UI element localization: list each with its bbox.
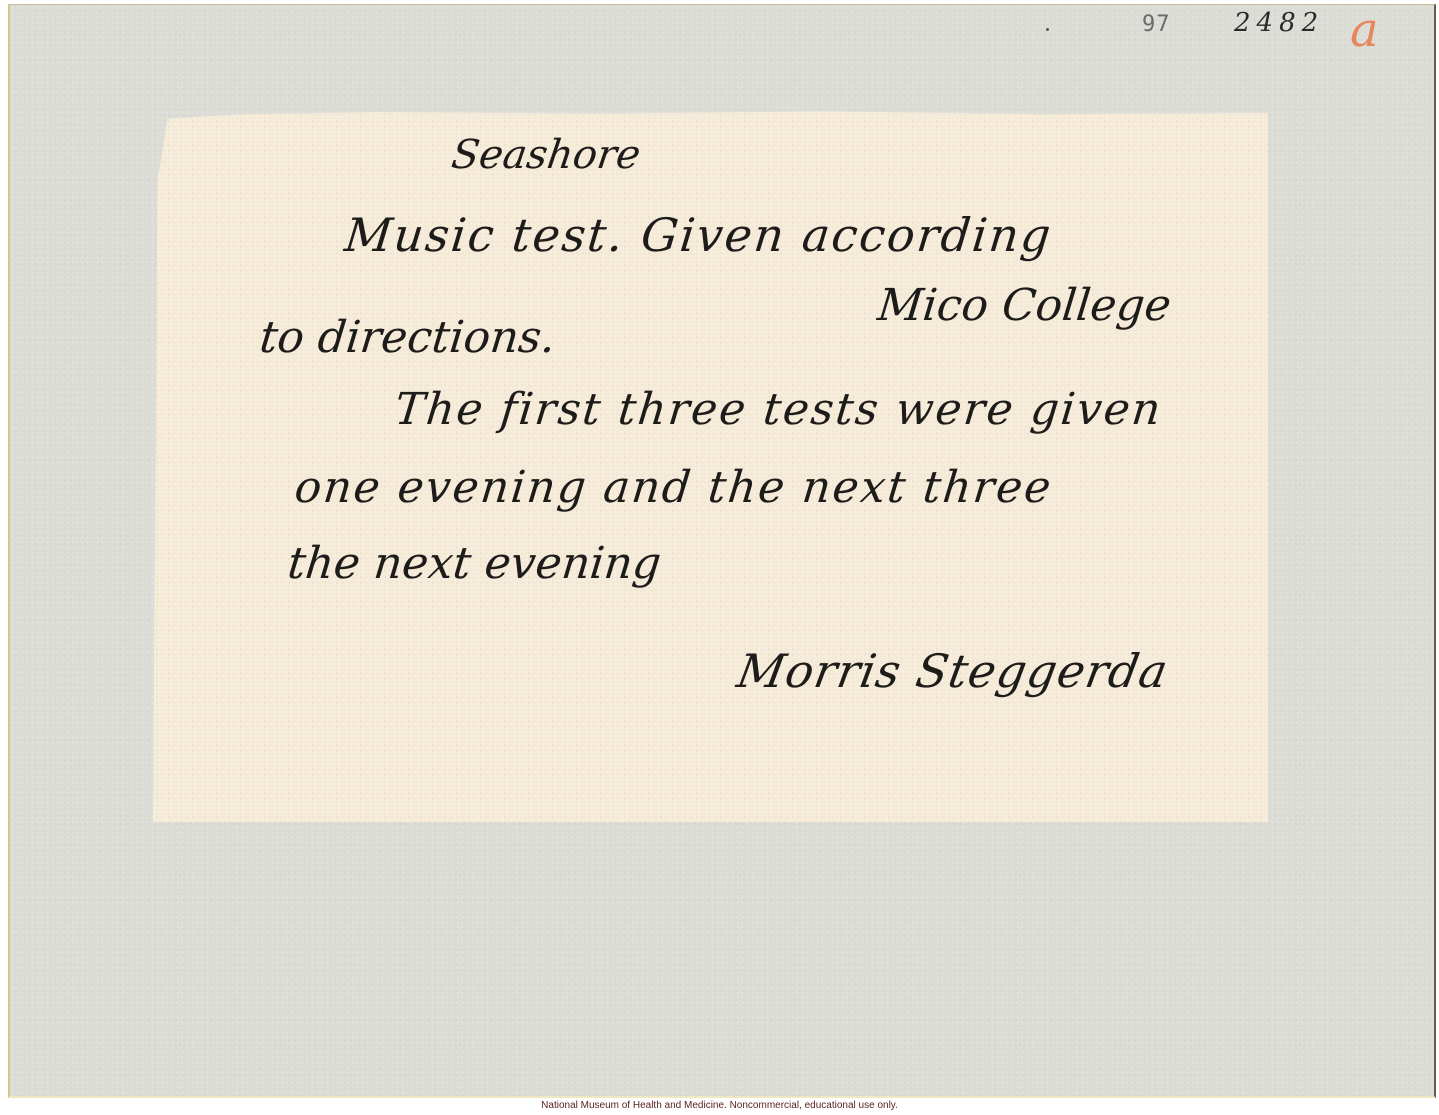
- catalog-number: 97: [1142, 12, 1171, 37]
- accession-number: 2482: [1234, 8, 1324, 38]
- red-pencil-annotation: a: [1350, 8, 1379, 52]
- note-line: Music test. Given according: [342, 208, 1055, 262]
- note-line: to directions.: [257, 312, 558, 363]
- note-title: Seashore: [449, 132, 644, 178]
- note-line: The first three tests were given: [392, 384, 1165, 435]
- footer-credit: National Museum of Health and Medicine. …: [0, 1100, 1439, 1111]
- ink-dot-mark: [1046, 28, 1049, 31]
- note-line: one evening and the next three: [292, 462, 1055, 513]
- note-line-inserted: Mico College: [875, 280, 1173, 331]
- signature: Morris Steggerda: [733, 644, 1172, 698]
- note-line: the next evening: [285, 538, 663, 589]
